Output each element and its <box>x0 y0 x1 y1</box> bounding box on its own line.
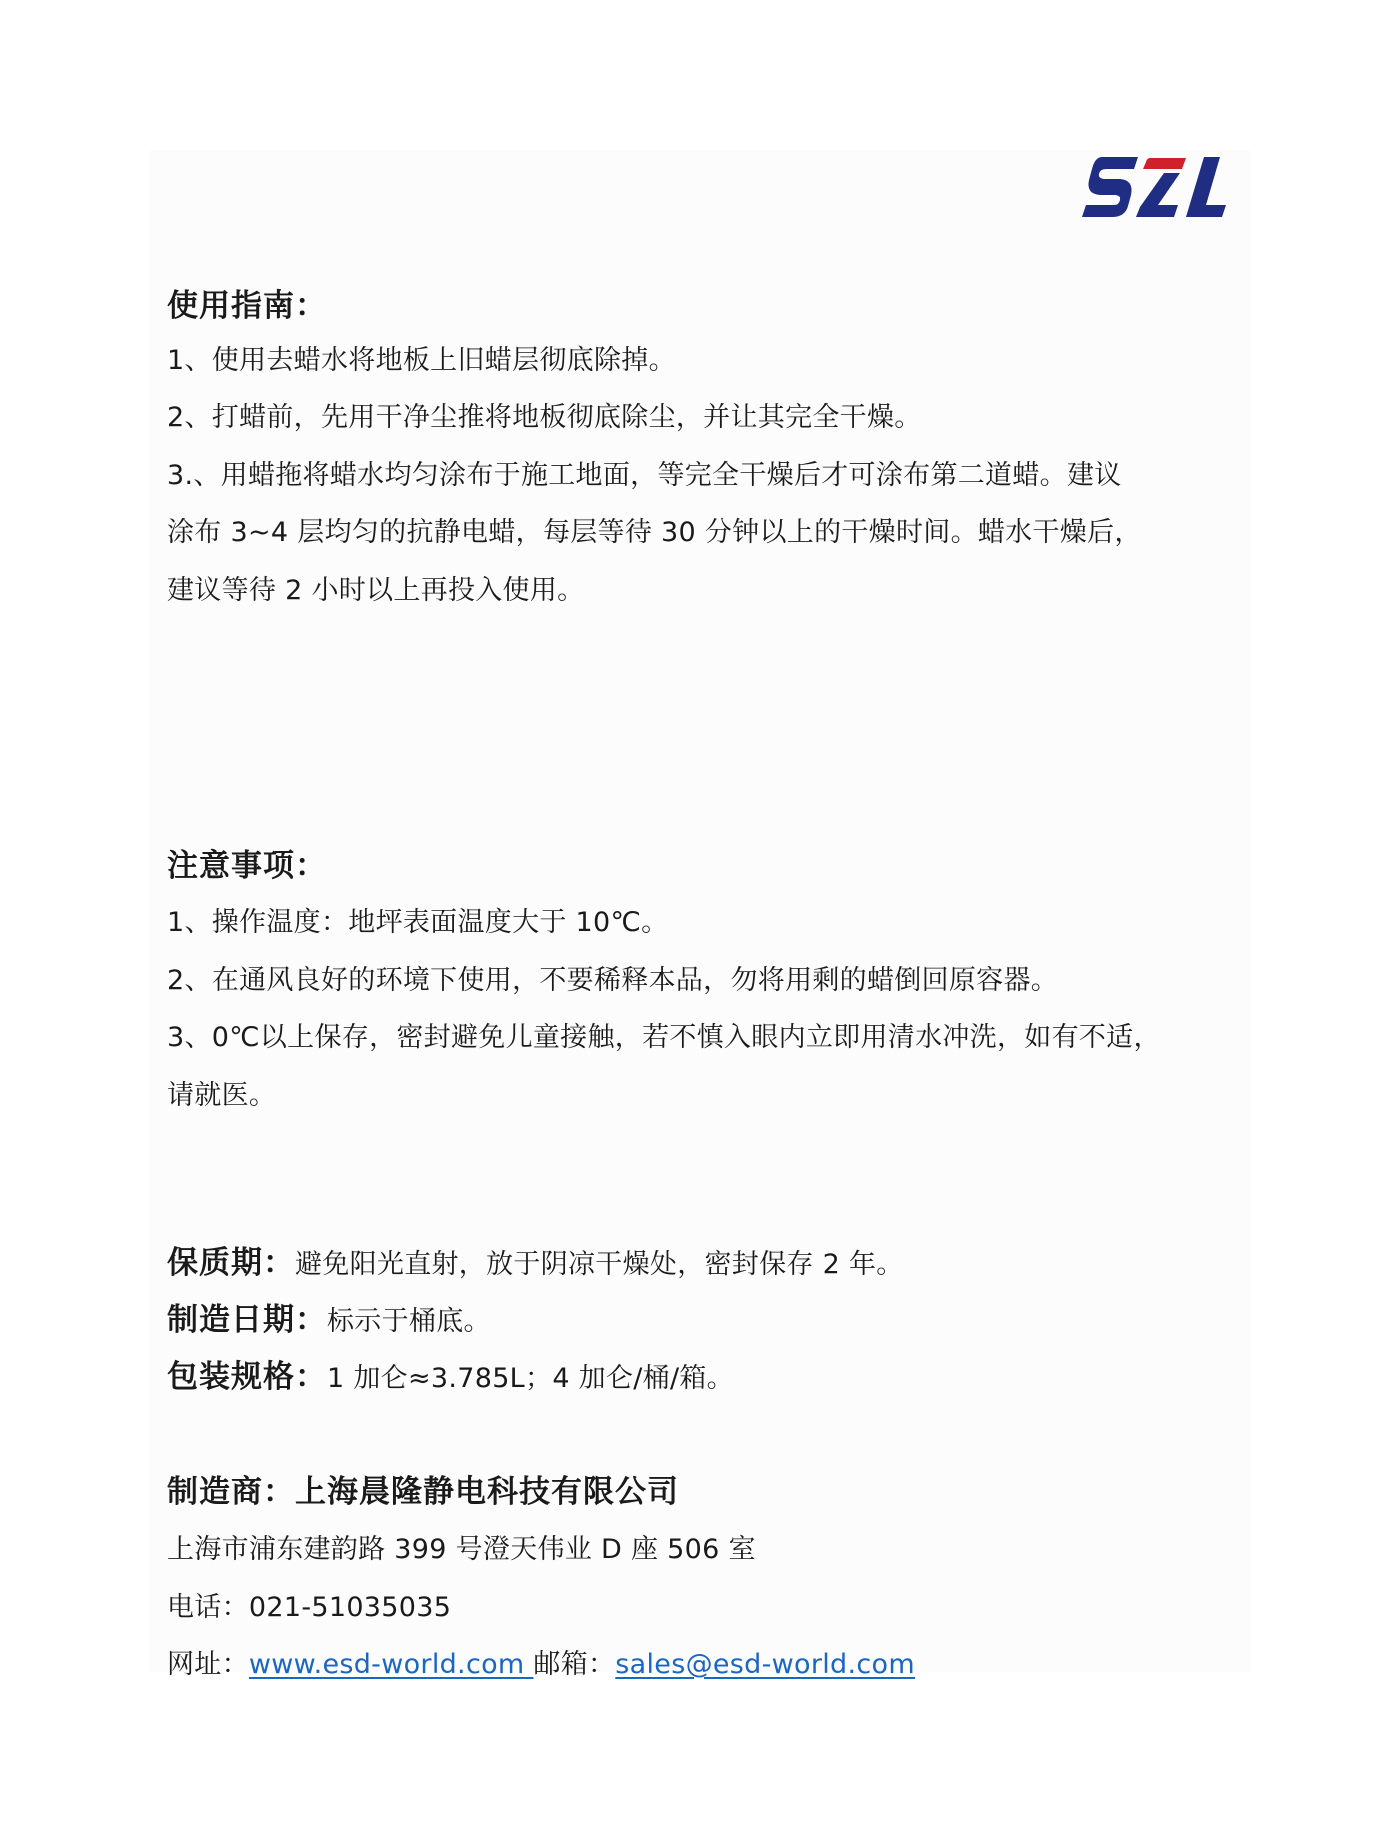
precaution-3-cont: 请就医。 <box>167 1078 276 1114</box>
szl-logo-icon <box>1080 155 1226 219</box>
manufacture-date-row: 制造日期：标示于桶底。 <box>167 1302 491 1340</box>
usage-guide-heading: 使用指南： <box>167 288 327 324</box>
packaging-row: 包装规格：1 加仑≈3.785L；4 加仑/桶/箱。 <box>167 1359 734 1397</box>
shelf-life-value: 避免阳光直射，放于阴凉干燥处，密封保存 2 年。 <box>295 1249 904 1280</box>
shelf-life-row: 保质期：避免阳光直射，放于阴凉干燥处，密封保存 2 年。 <box>167 1245 904 1283</box>
shelf-life-label: 保质期： <box>167 1245 295 1281</box>
manufacturer-address: 上海市浦东建韵路 399 号澄天伟业 D 座 506 室 <box>167 1532 756 1568</box>
precaution-1: 1、操作温度：地坪表面温度大于 10℃。 <box>167 905 668 941</box>
usage-step-3-cont-1: 涂布 3~4 层均匀的抗静电蜡，每层等待 30 分钟以上的干燥时间。蜡水干燥后， <box>167 515 1142 551</box>
packaging-label: 包装规格： <box>167 1359 327 1395</box>
precaution-3: 3、0℃以上保存，密封避免儿童接触，若不慎入眼内立即用清水冲洗，如有不适， <box>167 1020 1161 1056</box>
email-label: 邮箱： <box>533 1649 615 1680</box>
manufacturer-contact-row: 网址：www.esd-world.com 邮箱：sales@esd-world.… <box>167 1647 915 1683</box>
manufacturer-phone: 电话：021-51035035 <box>167 1590 451 1626</box>
manufacture-date-value: 标示于桶底。 <box>327 1306 491 1337</box>
usage-step-3: 3.、用蜡拖将蜡水均匀涂布于施工地面，等完全干燥后才可涂布第二道蜡。建议 <box>167 458 1122 494</box>
usage-step-2: 2、打蜡前，先用干净尘推将地板彻底除尘，并让其完全干燥。 <box>167 400 922 436</box>
usage-step-1: 1、使用去蜡水将地板上旧蜡层彻底除掉。 <box>167 343 676 379</box>
manufacture-date-label: 制造日期： <box>167 1302 327 1338</box>
packaging-value: 1 加仑≈3.785L；4 加仑/桶/箱。 <box>327 1363 734 1394</box>
email-link[interactable]: sales@esd-world.com <box>615 1649 915 1680</box>
website-label: 网址： <box>167 1649 249 1680</box>
usage-step-3-cont-2: 建议等待 2 小时以上再投入使用。 <box>167 573 584 609</box>
precautions-heading: 注意事项： <box>167 848 327 884</box>
manufacturer-heading: 制造商：上海晨隆静电科技有限公司 <box>167 1474 679 1510</box>
website-link[interactable]: www.esd-world.com <box>249 1649 533 1680</box>
precaution-2: 2、在通风良好的环境下使用，不要稀释本品，勿将用剩的蜡倒回原容器。 <box>167 963 1058 999</box>
